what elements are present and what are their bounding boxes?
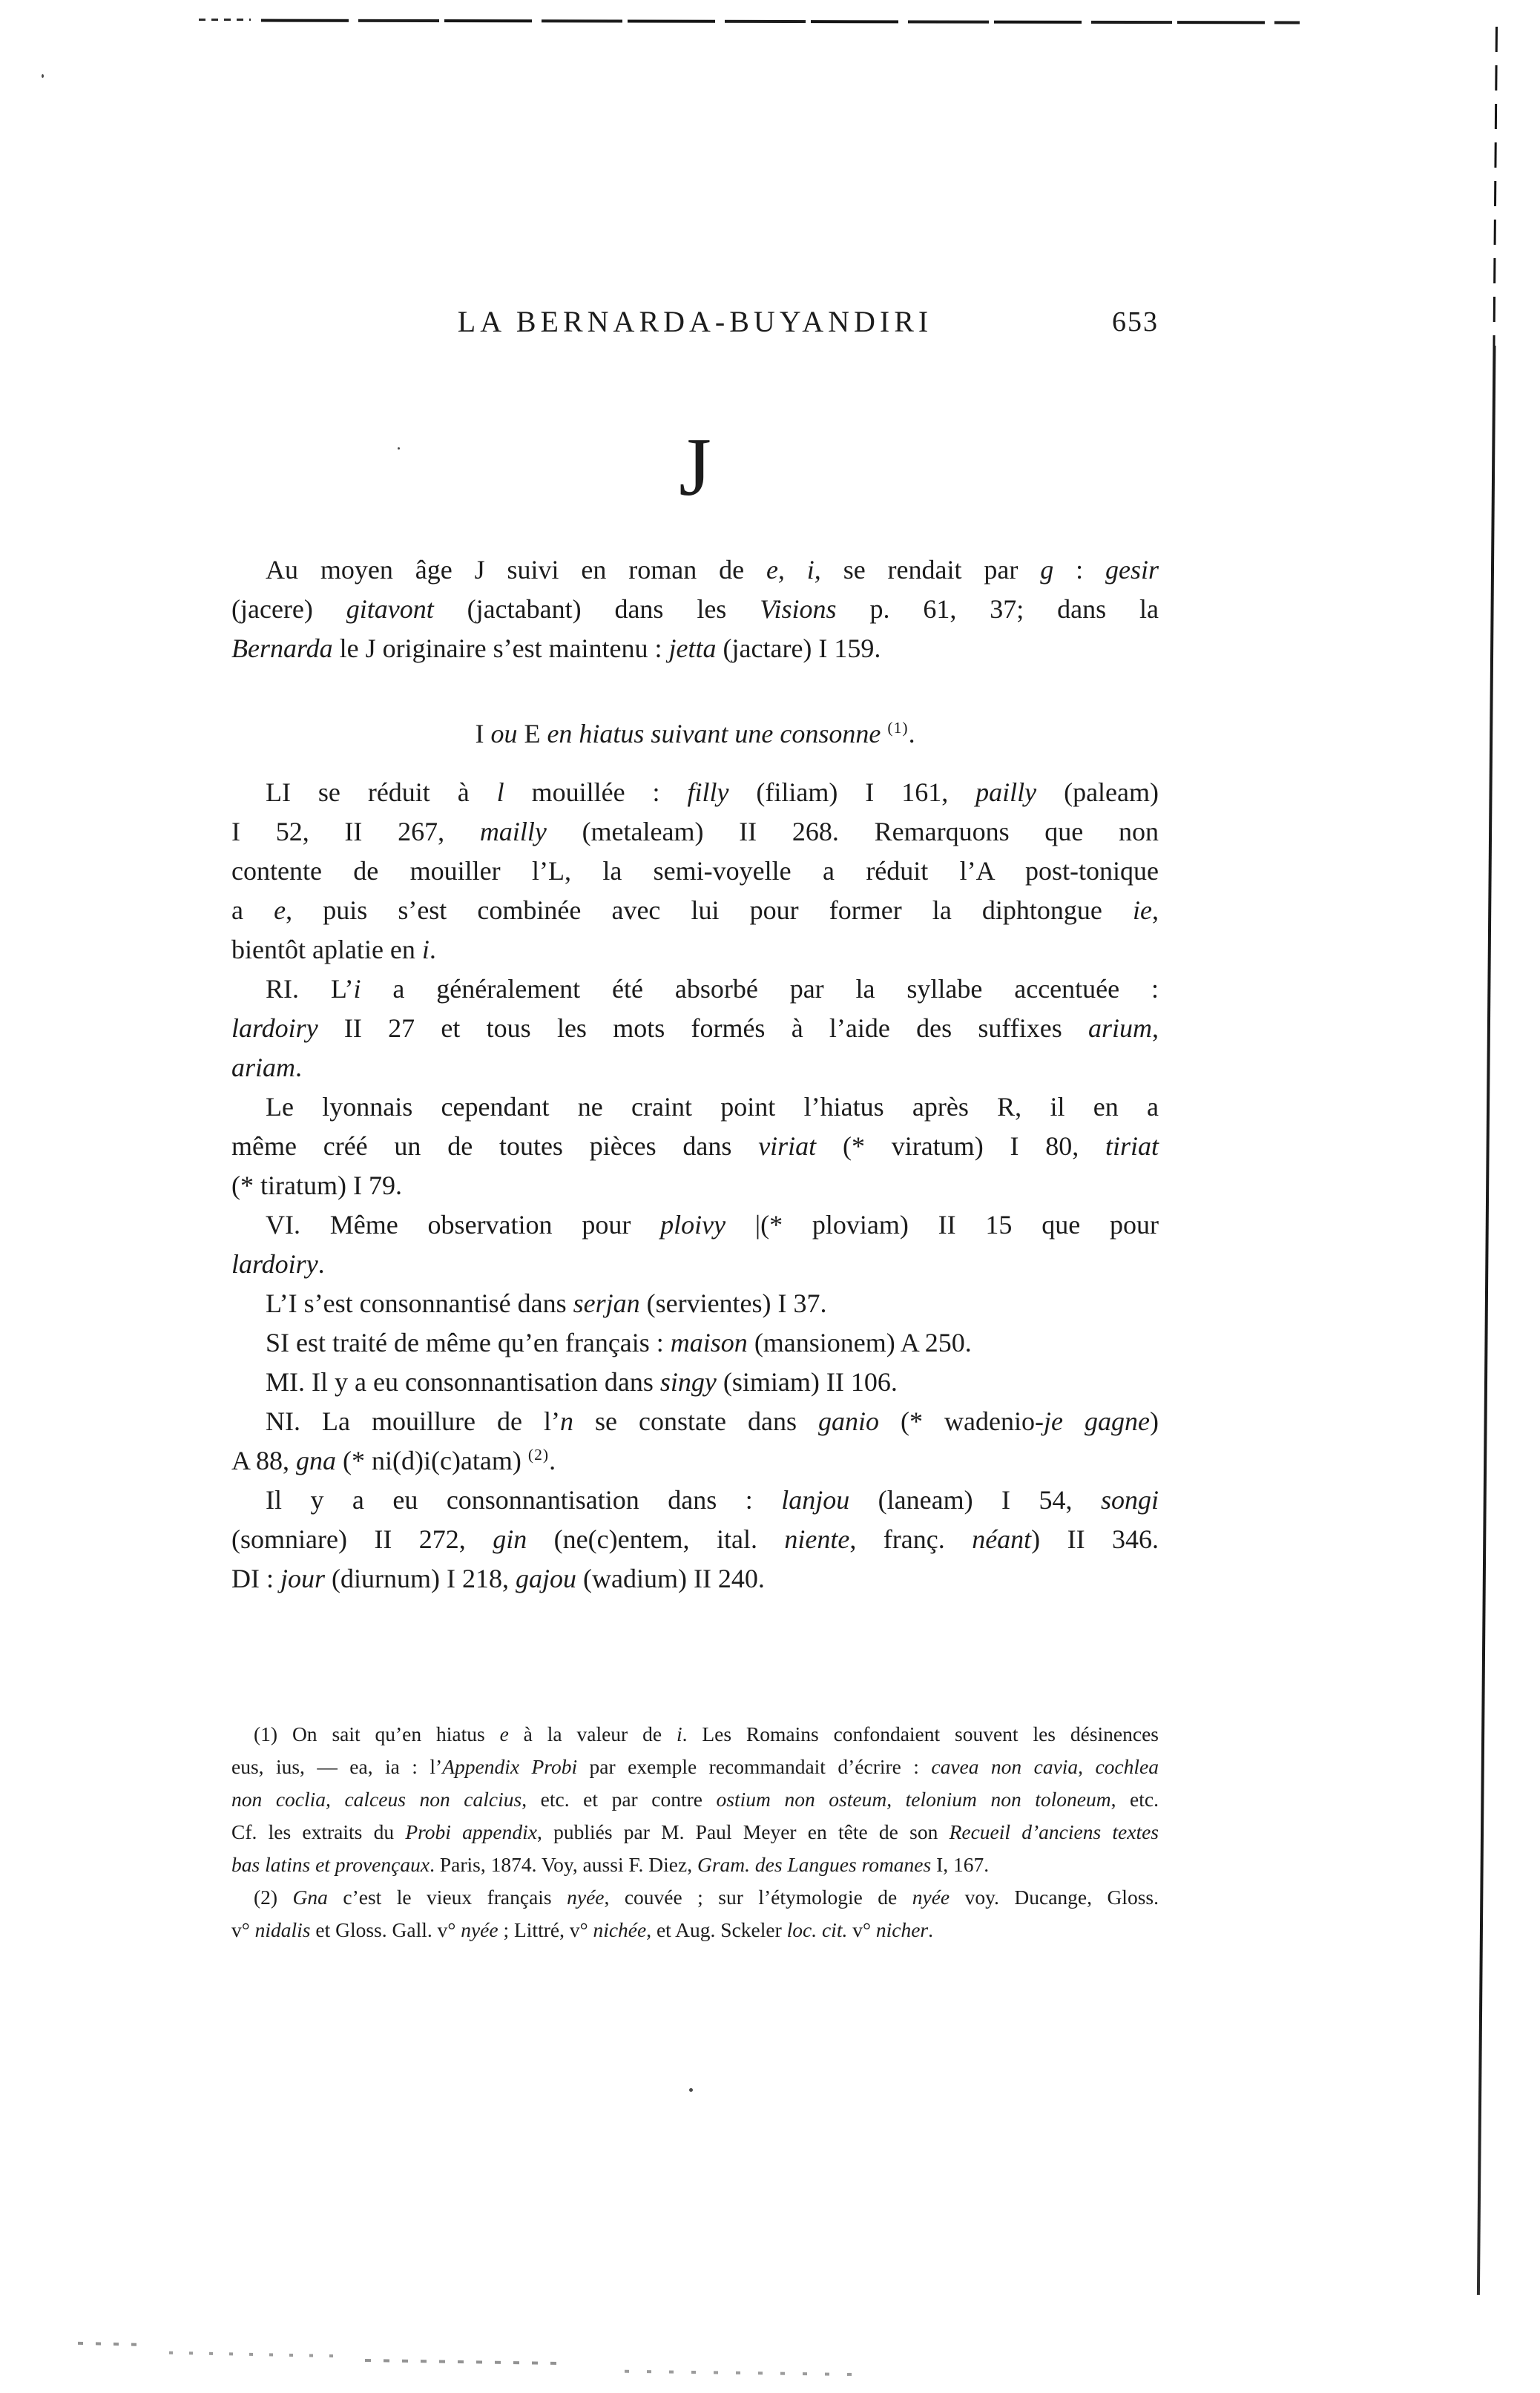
text-run: (* ni(d)i(c)atam) — [336, 1446, 528, 1475]
italic-text-run: Probi appendix — [405, 1820, 537, 1843]
text-run: mouillée : — [504, 777, 688, 807]
italic-text-run: viriat — [758, 1131, 816, 1161]
paragraph: Il y a eu consonnantisation dans : lanjo… — [231, 1481, 1159, 1599]
text-run: I — [475, 719, 490, 748]
italic-text-run: bas latins et provençaux — [231, 1853, 430, 1876]
italic-text-run: mailly — [480, 817, 547, 846]
italic-text-run: ou — [490, 719, 517, 748]
text-run: se rendait par — [821, 555, 1040, 585]
italic-text-run: lanjou — [781, 1485, 849, 1515]
text-run: Au moyen âge J suivi en roman de — [266, 555, 766, 585]
paragraph: Au moyen âge J suivi en roman de e, i, s… — [231, 550, 1159, 668]
scan-speckle — [42, 74, 44, 78]
text-line: ariam. — [231, 1048, 1159, 1087]
text-line: SI est traité de même qu’en français : m… — [231, 1323, 1159, 1363]
paragraph: SI est traité de même qu’en français : m… — [231, 1323, 1159, 1363]
italic-text-run: ganio — [818, 1406, 879, 1436]
text-line: bas latins et provençaux. Paris, 1874. V… — [231, 1849, 1159, 1881]
paragraph: NI. La mouillure de l’n se constate dans… — [231, 1402, 1159, 1481]
text-line: RI. L’i a généralement été absorbé par l… — [231, 970, 1159, 1009]
italic-text-run: Bernarda — [231, 633, 333, 663]
text-line: A 88, gna (* ni(d)i(c)atam) (2). — [231, 1441, 1159, 1481]
italic-text-run: maison — [671, 1328, 748, 1357]
text-run: ) — [1150, 1406, 1159, 1436]
italic-text-run: e — [500, 1722, 509, 1745]
text-run: (filiam) I 161, — [728, 777, 975, 807]
footnote-marker: (1) — [887, 719, 908, 737]
text-run: , franç. — [849, 1524, 972, 1554]
text-run: ; Littré, v° — [498, 1918, 593, 1941]
italic-text-run: e, i, — [766, 555, 821, 585]
paragraph: MI. Il y a eu consonnantisation dans sin… — [231, 1363, 1159, 1402]
footnote: (1) On sait qu’en hiatus e à la valeur d… — [231, 1718, 1159, 1881]
text-line: MI. Il y a eu consonnantisation dans sin… — [231, 1363, 1159, 1402]
text-run: I, 167. — [931, 1853, 989, 1876]
italic-text-run: g — [1040, 555, 1053, 585]
text-run: , publiés par M. Paul Meyer en tête de s… — [537, 1820, 950, 1843]
text-line: v° nidalis et Gloss. Gall. v° nyée ; Lit… — [231, 1914, 1159, 1946]
italic-text-run: nidalis — [255, 1918, 311, 1941]
text-line: I 52, II 267, mailly (metaleam) II 268. … — [231, 812, 1159, 852]
text-run: par exemple recommandait d’écrire : — [577, 1755, 931, 1778]
footnotes: (1) On sait qu’en hiatus e à la valeur d… — [231, 1718, 1159, 1946]
italic-text-run: nyée — [461, 1918, 498, 1941]
text-line: même créé un de toutes pièces dans viria… — [231, 1127, 1159, 1166]
text-run: , couvée ; sur l’étymologie de — [604, 1886, 912, 1909]
page-right-edge-solid — [1477, 346, 1495, 2295]
text-run: (diurnum) I 218, — [325, 1564, 516, 1593]
text-run: (* wadenio- — [879, 1406, 1044, 1436]
italic-text-run: gajou — [516, 1564, 576, 1593]
text-run: (2) — [254, 1886, 293, 1909]
italic-text-run: nyée — [912, 1886, 950, 1909]
italic-text-run: Gna — [293, 1886, 328, 1909]
text-run: (ne(c)entem, ital. — [527, 1524, 784, 1554]
text-line: contente de mouiller l’L, la semi-voyell… — [231, 852, 1159, 891]
text-run: (jacere) — [231, 594, 346, 624]
text-run: DI : — [231, 1564, 280, 1593]
text-line: bientôt aplatie en i. — [231, 930, 1159, 970]
italic-text-run: ostium non osteum, telonium non toloneum — [717, 1788, 1111, 1811]
text-line: NI. La mouillure de l’n se constate dans… — [231, 1402, 1159, 1441]
text-run: MI. Il y a eu consonnantisation dans — [266, 1367, 660, 1397]
text-line: (1) On sait qu’en hiatus e à la valeur d… — [231, 1718, 1159, 1751]
text-run: . — [430, 935, 436, 964]
text-run: et Gloss. Gall. v° — [311, 1918, 461, 1941]
paragraph: L’I s’est consonnantisé dans serjan (ser… — [231, 1284, 1159, 1323]
page-number: 653 — [1112, 306, 1159, 338]
italic-text-run: cavea non cavia, cochlea — [931, 1755, 1159, 1778]
text-run: |(* ploviam) II 15 que pour — [725, 1210, 1159, 1240]
text-run: ) II 346. — [1031, 1524, 1159, 1554]
paragraph: VI. Même observation pour ploivy |(* plo… — [231, 1205, 1159, 1284]
italic-text-run: nyée — [567, 1886, 604, 1909]
italic-text-run: Appendix Probi — [442, 1755, 577, 1778]
italic-text-run: tiriat — [1105, 1131, 1159, 1161]
text-run: . — [928, 1918, 933, 1941]
text-line: Cf. les extraits du Probi appendix, publ… — [231, 1816, 1159, 1849]
italic-text-run: l — [497, 777, 504, 807]
text-line: DI : jour (diurnum) I 218, gajou (wadium… — [231, 1559, 1159, 1599]
scan-speckle — [689, 2088, 693, 2092]
italic-text-run: songi — [1101, 1485, 1159, 1515]
subheading-line: I ou E en hiatus suivant une consonne (1… — [231, 714, 1159, 754]
text-run: A 88, — [231, 1446, 296, 1475]
scan-speckle — [398, 447, 400, 450]
italic-text-run: i — [422, 935, 430, 964]
italic-text-run: pailly — [975, 777, 1036, 807]
text-line: (somniare) II 272, gin (ne(c)entem, ital… — [231, 1520, 1159, 1559]
scan-noise-row — [625, 2370, 866, 2377]
text-run: , et Aug. Sckeler — [646, 1918, 786, 1941]
text-line: non coclia, calceus non calcius, etc. et… — [231, 1783, 1159, 1816]
italic-text-run: ploivy — [660, 1210, 725, 1240]
text-line: Bernarda le J originaire s’est maintenu … — [231, 629, 1159, 668]
italic-text-run: loc. cit. — [787, 1918, 848, 1941]
paragraph: I ou E en hiatus suivant une consonne (1… — [231, 714, 1159, 754]
text-run: , — [1152, 895, 1159, 925]
italic-text-run: nicher — [876, 1918, 928, 1941]
text-run: . — [909, 719, 915, 748]
italic-text-run: ariam — [231, 1053, 295, 1082]
footnote: (2) Gna c’est le vieux français nyée, co… — [231, 1881, 1159, 1946]
text-line: Il y a eu consonnantisation dans : lanjo… — [231, 1481, 1159, 1520]
text-run: , — [1152, 1013, 1159, 1043]
footnote-marker: (2) — [528, 1446, 549, 1464]
paragraph: LI se réduit à l mouillée : filly (filia… — [231, 773, 1159, 970]
italic-text-run: i — [354, 974, 361, 1004]
text-line: (2) Gna c’est le vieux français nyée, co… — [231, 1881, 1159, 1914]
text-run: a généralement été absorbé par la syllab… — [361, 974, 1159, 1004]
scan-noise-row — [365, 2359, 558, 2365]
italic-text-run: non coclia, calceus non calcius — [231, 1788, 521, 1811]
text-run: c’est le vieux français — [328, 1886, 567, 1909]
italic-text-run: je gagne — [1044, 1406, 1150, 1436]
italic-text-run: arium — [1088, 1013, 1152, 1043]
page-right-edge-dashes — [1493, 27, 1498, 346]
text-run: NI. La mouillure de l’ — [266, 1406, 560, 1436]
italic-text-run: filly — [687, 777, 728, 807]
text-run: . — [549, 1446, 556, 1475]
text-run: , etc. — [1111, 1788, 1159, 1811]
running-header: LA BERNARDA-BUYANDIRI 653 — [231, 304, 1159, 341]
italic-text-run: gitavont — [346, 594, 434, 624]
text-run: (* tiratum) I 79. — [231, 1171, 402, 1200]
scan-noise-row — [78, 2342, 148, 2346]
section-letter: J — [231, 424, 1159, 512]
text-run: RI. L’ — [266, 974, 354, 1004]
text-run: , etc. et par contre — [521, 1788, 716, 1811]
italic-text-run: jour — [280, 1564, 325, 1593]
italic-text-run: jetta — [669, 633, 717, 663]
text-line: L’I s’est consonnantisé dans serjan (ser… — [231, 1284, 1159, 1323]
text-run: , puis s’est combinée avec lui pour form… — [286, 895, 1133, 925]
body-text: Au moyen âge J suivi en roman de e, i, s… — [231, 550, 1159, 1599]
text-run: . — [318, 1249, 325, 1279]
text-run: (metaleam) II 268. Remarquons que non — [547, 817, 1159, 846]
text-run: VI. Même observation pour — [266, 1210, 660, 1240]
text-run: a — [231, 895, 274, 925]
text-line: Le lyonnais cependant ne craint point l’… — [231, 1087, 1159, 1127]
italic-text-run: singy — [660, 1367, 717, 1397]
italic-text-run: Recueil d’anciens textes — [950, 1820, 1159, 1843]
scan-noise-row — [169, 2351, 340, 2357]
text-run: (1) On sait qu’en hiatus — [254, 1722, 500, 1745]
text-run: Cf. les extraits du — [231, 1820, 405, 1843]
text-run: à la valeur de — [509, 1722, 677, 1745]
page-top-edge-specks — [199, 19, 251, 21]
text-run: Il y a eu consonnantisation dans : — [266, 1485, 781, 1515]
italic-text-run: serjan — [573, 1288, 640, 1318]
text-run: L’I s’est consonnantisé dans — [266, 1288, 573, 1318]
text-line: lardoiry. — [231, 1245, 1159, 1284]
text-run: même créé un de toutes pièces dans — [231, 1131, 758, 1161]
italic-text-run: lardoiry — [231, 1013, 318, 1043]
text-run: E — [517, 719, 547, 748]
text-run: v° — [847, 1918, 876, 1941]
italic-text-run: gna — [296, 1446, 336, 1475]
italic-text-run: en hiatus suivant une consonne — [547, 719, 881, 748]
text-run: LI se réduit à — [266, 777, 497, 807]
text-run: Le lyonnais cependant ne craint point l’… — [266, 1092, 1159, 1122]
text-run: . Paris, 1874. Voy, aussi F. Diez, — [430, 1853, 697, 1876]
italic-text-run: lardoiry — [231, 1249, 318, 1279]
italic-text-run: néant — [972, 1524, 1031, 1554]
italic-text-run: e — [274, 895, 286, 925]
italic-text-run: gin — [493, 1524, 527, 1554]
text-line: eus, ius, — ea, ia : l’Appendix Probi pa… — [231, 1751, 1159, 1783]
text-line: (jacere) gitavont (jactabant) dans les V… — [231, 590, 1159, 629]
text-run: (laneam) I 54, — [849, 1485, 1101, 1515]
text-run: (jactabant) dans les — [434, 594, 760, 624]
text-run: contente de mouiller l’L, la semi-voyell… — [231, 856, 1159, 886]
running-title: LA BERNARDA-BUYANDIRI — [231, 304, 1159, 339]
text-run: II 27 et tous les mots formés à l’aide d… — [318, 1013, 1088, 1043]
italic-text-run: nichée — [593, 1918, 646, 1941]
text-line: Au moyen âge J suivi en roman de e, i, s… — [231, 550, 1159, 590]
scanned-page: LA BERNARDA-BUYANDIRI 653 J Au moyen âge… — [0, 0, 1540, 2393]
text-run: SI est traité de même qu’en français : — [266, 1328, 671, 1357]
text-line: a e, puis s’est combinée avec lui pour f… — [231, 891, 1159, 930]
text-line: LI se réduit à l mouillée : filly (filia… — [231, 773, 1159, 812]
italic-text-run: Visions — [760, 594, 836, 624]
italic-text-run: gesir — [1105, 555, 1159, 585]
text-run: v° — [231, 1918, 255, 1941]
text-run: (* viratum) I 80, — [816, 1131, 1105, 1161]
text-run: I 52, II 267, — [231, 817, 480, 846]
page-top-edge-line — [261, 19, 1300, 24]
text-run: (mansionem) A 250. — [748, 1328, 972, 1357]
text-run: (paleam) — [1036, 777, 1159, 807]
text-line: (* tiratum) I 79. — [231, 1166, 1159, 1205]
text-run: eus, ius, — ea, ia : l’ — [231, 1755, 442, 1778]
text-run: (somniare) II 272, — [231, 1524, 493, 1554]
italic-text-run: Gram. des Langues romanes — [697, 1853, 931, 1876]
text-run: p. 61, 37; dans la — [837, 594, 1159, 624]
paragraph: RI. L’i a généralement été absorbé par l… — [231, 970, 1159, 1087]
text-run: bientôt aplatie en — [231, 935, 422, 964]
text-run: (wadium) II 240. — [576, 1564, 765, 1593]
text-run: : — [1053, 555, 1105, 585]
page-right-edge-line — [1477, 27, 1498, 2295]
text-run: (jactare) I 159. — [717, 633, 881, 663]
text-run: . — [295, 1053, 302, 1082]
text-run: se constate dans — [573, 1406, 818, 1436]
italic-text-run: i — [677, 1722, 682, 1745]
text-run: . Les Romains confondaient souvent les d… — [682, 1722, 1159, 1745]
text-run: le J originaire s’est maintenu : — [333, 633, 669, 663]
text-run: voy. Ducange, Gloss. — [950, 1886, 1159, 1909]
text-run: (simiam) II 106. — [717, 1367, 898, 1397]
text-run: (servientes) I 37. — [640, 1288, 827, 1318]
text-line: lardoiry II 27 et tous les mots formés à… — [231, 1009, 1159, 1048]
italic-text-run: niente — [784, 1524, 849, 1554]
paragraph: Le lyonnais cependant ne craint point l’… — [231, 1087, 1159, 1205]
italic-text-run: ie — [1133, 895, 1152, 925]
text-line: VI. Même observation pour ploivy |(* plo… — [231, 1205, 1159, 1245]
italic-text-run: n — [560, 1406, 573, 1436]
